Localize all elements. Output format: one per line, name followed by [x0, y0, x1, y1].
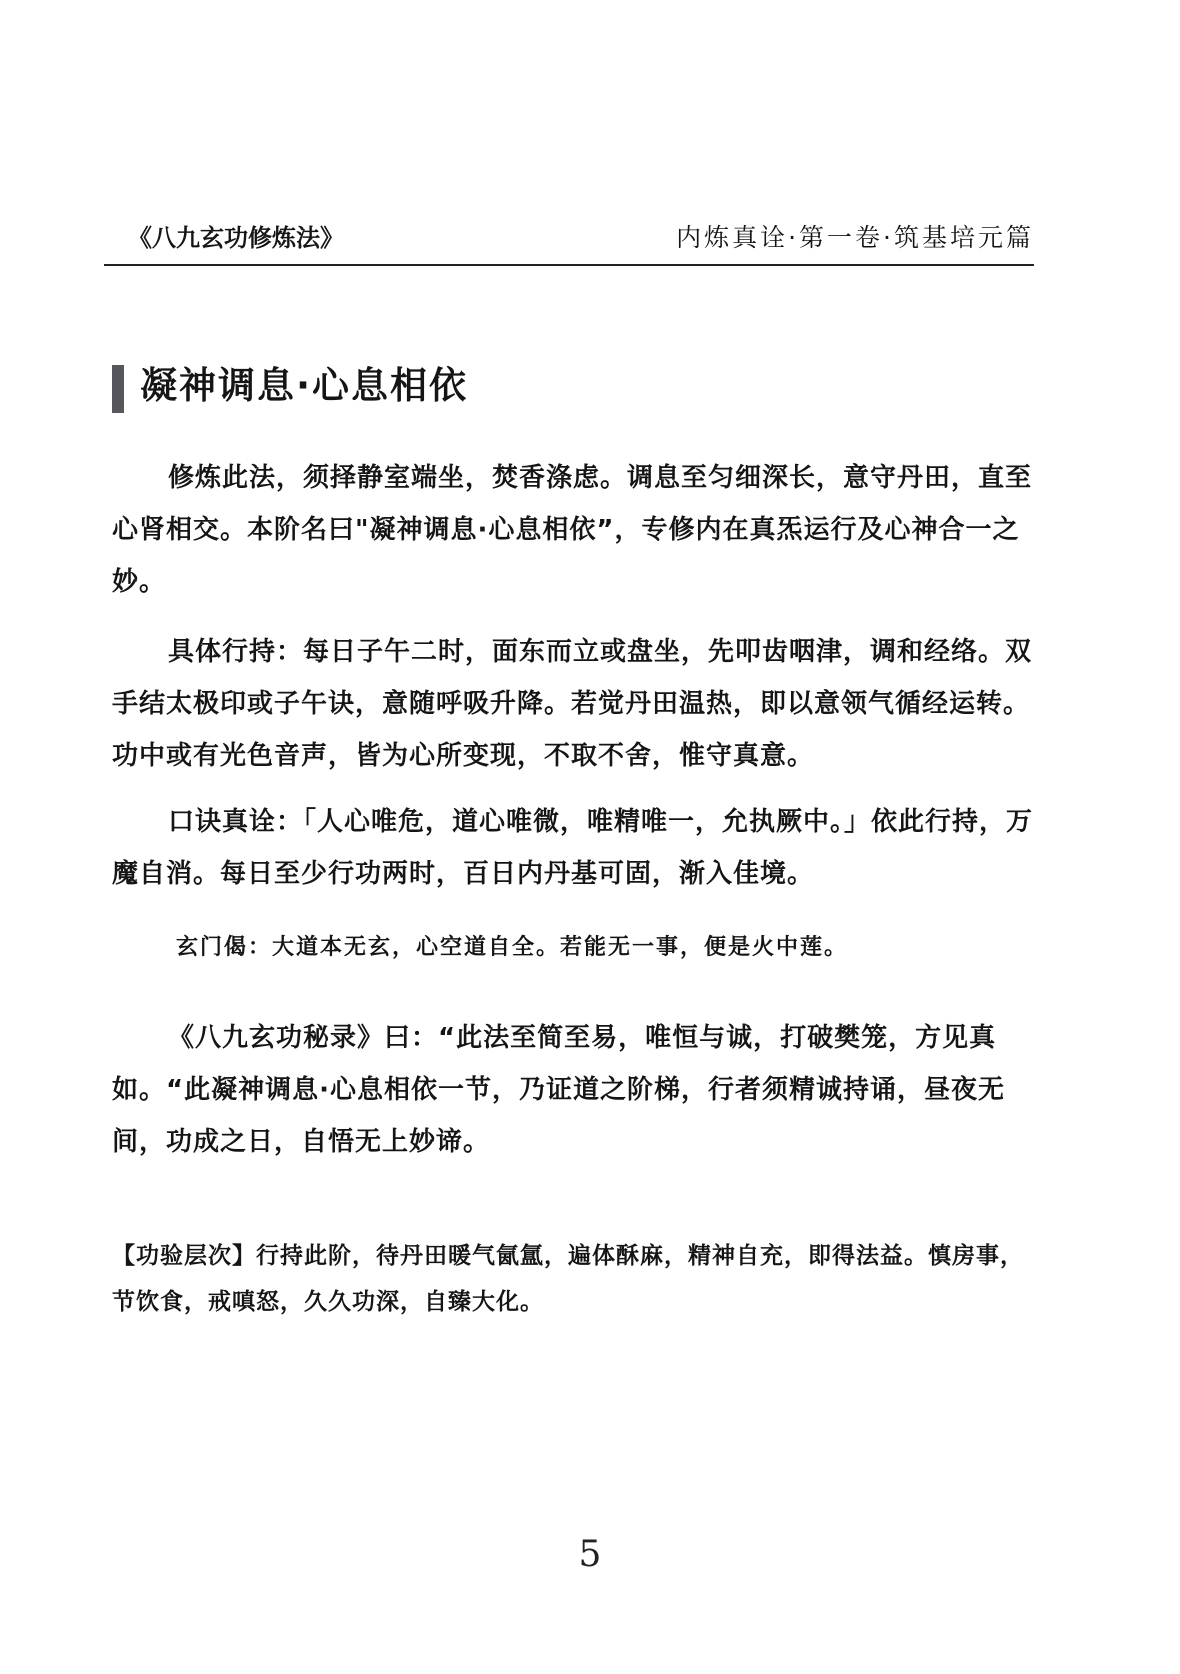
paragraph-quote: 《八九玄功秘录》曰：“此法至简至易，唯恒与诚，打破樊笼，方见真如。“此凝神调息·…	[112, 1012, 1040, 1168]
verse: 玄门偈：大道本无玄，心空道自全。若能无一事，便是火中莲。	[176, 930, 1036, 961]
heading-bar-icon	[112, 365, 124, 413]
paragraph-mantra: 口诀真诠：「人心唯危，道心唯微，唯精唯一，允执厥中。」依此行持，万魔自消。每日至…	[112, 796, 1040, 900]
header-divider	[104, 264, 1034, 266]
paragraph-practice: 具体行持：每日子午二时，面东而立或盘坐，先叩齿咽津，调和经络。双手结太极印或子午…	[112, 626, 1040, 782]
book-title: 《八九玄功修炼法》	[128, 218, 344, 253]
running-header: 《八九玄功修炼法》 内炼真诠·第一卷·筑基培元篇	[104, 218, 1034, 254]
attainment-note: 【功验层次】行持此阶，待丹田暖气氤氲，遍体酥麻，精神自充，即得法益。慎房事，节饮…	[112, 1233, 1040, 1325]
paragraph-intro: 修炼此法，须择静室端坐，焚香涤虑。调息至匀细深长，意守丹田，直至心肾相交。本阶名…	[112, 452, 1040, 608]
page-number: 5	[0, 1534, 1180, 1575]
section-title: 凝神调息·心息相依	[140, 355, 468, 409]
chapter-path: 内炼真诠·第一卷·筑基培元篇	[676, 218, 1034, 254]
section-heading: 凝神调息·心息相依	[112, 354, 468, 410]
